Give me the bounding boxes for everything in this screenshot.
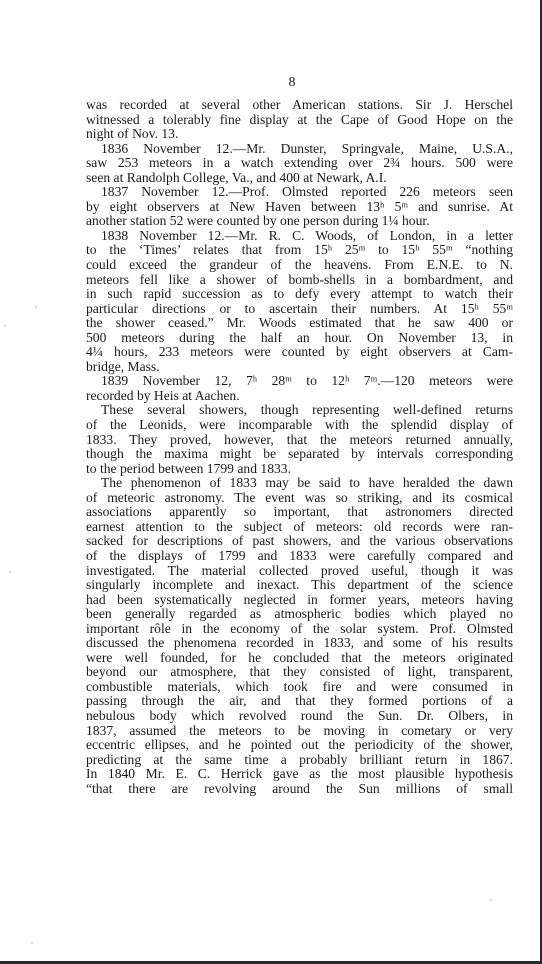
text-line: were well founded, for he concluded that… (86, 651, 513, 666)
document-page: 8 was recorded at several other American… (0, 0, 542, 964)
text-line: was recorded at several other American s… (86, 98, 513, 113)
text-line: 500 meteors during the half an hour. On … (86, 331, 513, 346)
text-line: “that there are revolving around the Sun… (86, 782, 513, 797)
text-line: combustible materials, which took fire a… (86, 680, 513, 695)
text-line: witnessed a tolerably fine display at th… (86, 113, 513, 128)
scan-speck (4, 325, 6, 327)
text-line: 1838 November 12.—Mr. R. C. Woods, of Lo… (86, 229, 513, 244)
text-line: of meteoric astronomy. The event was so … (86, 491, 513, 506)
text-line: These several showers, though representi… (86, 403, 513, 418)
text-line: in such rapid succession as to defy ever… (86, 287, 513, 302)
text-line: recorded by Heis at Aachen. (86, 389, 513, 404)
text-line: seen at Randolph College, Va., and 400 a… (86, 171, 513, 186)
scan-speck (35, 306, 37, 308)
text-line: had been systematically neglected in for… (86, 593, 513, 608)
text-line: 1839 November 12, 7ʰ 28ᵐ to 12ʰ 7ᵐ.—120 … (86, 374, 513, 389)
text-line: passing through the air, and that they f… (86, 694, 513, 709)
text-line: discussed the phenomena recorded in 1833… (86, 636, 513, 651)
text-line: 1837 November 12.—Prof. Olmsted reported… (86, 185, 513, 200)
text-line: another station 52 were counted by one p… (86, 214, 513, 229)
text-line: bridge, Mass. (86, 360, 513, 375)
text-line: earnest attention to the subject of mete… (86, 520, 513, 535)
text-line: to the ‘Times’ relates that from 15ʰ 25ᵐ… (86, 243, 513, 258)
text-line: night of Nov. 13. (86, 127, 513, 142)
page-number: 8 (0, 75, 542, 91)
text-line: beyond our atmosphere, that they consist… (86, 665, 513, 680)
text-line: meteors fell like a shower of bomb-shell… (86, 273, 513, 288)
text-line: nebulous body which revolved round the S… (86, 709, 513, 724)
text-line: 1837, assumed the meteors to be moving i… (86, 724, 513, 739)
text-line: though the maxima might be separated by … (86, 447, 513, 462)
text-line: 4¼ hours, 233 meteors were counted by ei… (86, 345, 513, 360)
text-line: by eight observers at New Haven between … (86, 200, 513, 215)
text-line: 1833. They proved, however, that the met… (86, 433, 513, 448)
text-line: singularly incomplete and inexact. This … (86, 578, 513, 593)
text-line: been generally regarded as atmospheric b… (86, 607, 513, 622)
text-line: associations apparently so important, th… (86, 505, 513, 520)
text-line: sacked for descriptions of past showers,… (86, 534, 513, 549)
scan-speck (31, 942, 33, 944)
text-line: of the displays of 1799 and 1833 were ca… (86, 549, 513, 564)
text-line: to the period between 1799 and 1833. (86, 462, 513, 477)
text-line: In 1840 Mr. E. C. Herrick gave as the mo… (86, 767, 513, 782)
text-line: predicting at the same time a probably b… (86, 753, 513, 768)
scan-speck (9, 571, 11, 573)
text-line: could exceed the grandeur of the heavens… (86, 258, 513, 273)
text-line: of the Leonids, were incomparable with t… (86, 418, 513, 433)
text-line: The phenomenon of 1833 may be said to ha… (86, 476, 513, 491)
text-line: eccentric ellipses, and he pointed out t… (86, 738, 513, 753)
text-line: 1836 November 12.—Mr. Dunster, Springval… (86, 142, 513, 157)
text-line: saw 253 meteors in a watch extending ove… (86, 156, 513, 171)
scan-speck (490, 899, 492, 901)
text-line: important rôle in the economy of the sol… (86, 622, 513, 637)
text-line: particular directions or to ascertain th… (86, 302, 513, 317)
text-line: the shower ceased.” Mr. Woods estimated … (86, 316, 513, 331)
body-text: was recorded at several other American s… (86, 98, 513, 796)
text-line: investigated. The material collected pro… (86, 564, 513, 579)
